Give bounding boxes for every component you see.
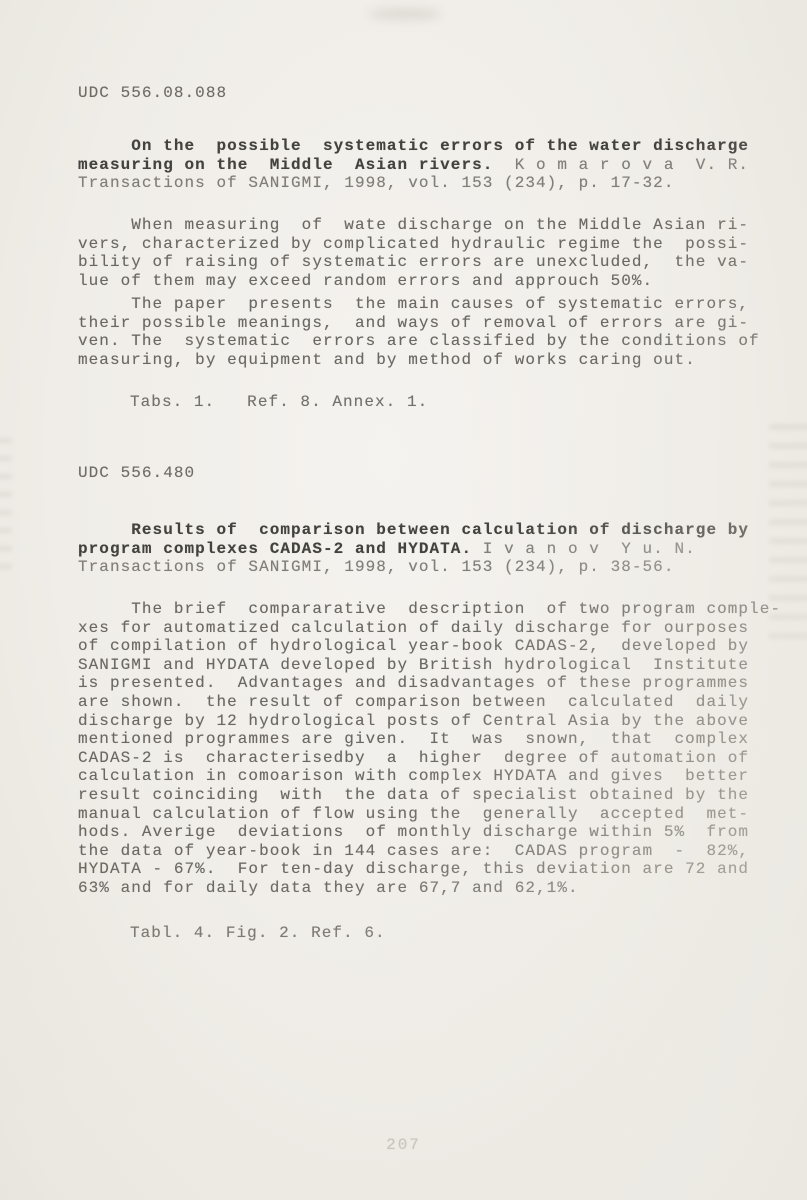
abstract-1-paragraph-1: When measuring of wate discharge on the … — [78, 216, 782, 290]
text-line: Results of comparison between calculatio… — [78, 521, 782, 540]
abstract-2-refs: Tabl. 4. Fig. 2. Ref. 6. — [130, 924, 807, 943]
text-line: manual calculation of flow using the gen… — [78, 805, 782, 824]
bold-text: measuring on the Middle Asian rivers. — [78, 156, 493, 174]
page-number: 207 — [0, 1136, 807, 1154]
text-line: bility of raising of systematic errors a… — [78, 253, 782, 272]
bold-text: program complexes CADAS-2 and HYDATA. — [78, 540, 472, 558]
text-line: vers, characterized by complicated hydra… — [78, 235, 782, 254]
text-line: calculation in comoarison with complex H… — [78, 767, 782, 786]
scanned-page: UDC 556.08.088 On the possible systemati… — [0, 0, 807, 1200]
text-line: ven. The systematic errors are classifie… — [78, 332, 782, 351]
scan-smudge — [368, 8, 442, 20]
bold-text: On the possible systematic errors of the… — [78, 137, 749, 155]
abstract-2-heading: Results of comparison between calculatio… — [78, 521, 782, 577]
text-line: xes for automatized calculation of daily… — [78, 619, 782, 638]
udc-code-2: UDC 556.480 — [78, 464, 782, 483]
regular-text: K o m a r o v a V. R. — [493, 156, 749, 174]
text-line: HYDATA - 67%. For ten-day discharge, thi… — [78, 860, 782, 879]
bold-text: Results of comparison between calculatio… — [78, 521, 749, 539]
text-line: hods. Averige deviations of monthly disc… — [78, 823, 782, 842]
text-line: mentioned programmes are given. It was s… — [78, 730, 782, 749]
text-line: is presented. Advantages and disadvantag… — [78, 674, 782, 693]
text-line: measuring on the Middle Asian rivers. K … — [78, 156, 782, 175]
text-line: program complexes CADAS-2 and HYDATA. I … — [78, 540, 782, 559]
abstract-1-paragraph-2: The paper presents the main causes of sy… — [78, 295, 782, 369]
abstract-1-heading: On the possible systematic errors of the… — [78, 137, 782, 193]
text-line: lue of them may exceed random errors and… — [78, 272, 782, 291]
text-line: measuring, by equipment and by method of… — [78, 351, 782, 370]
regular-text: I v a n o v Y u. N. — [472, 540, 696, 558]
regular-text: Transactions of SANIGMI, 1998, vol. 153 … — [78, 174, 675, 192]
text-line: discharge by 12 hydrological posts of Ce… — [78, 712, 782, 731]
text-line: Transactions of SANIGMI, 1998, vol. 153 … — [78, 558, 782, 577]
udc-code-1: UDC 556.08.088 — [78, 84, 782, 103]
text-line: SANIGMI and HYDATA developed by British … — [78, 656, 782, 675]
text-line: the data of year-book in 144 cases are: … — [78, 842, 782, 861]
text-line: of compilation of hydrological year-book… — [78, 637, 782, 656]
text-line: are shown. the result of comparison betw… — [78, 693, 782, 712]
abstract-1-refs: Tabs. 1. Ref. 8. Annex. 1. — [130, 393, 807, 412]
text-line: On the possible systematic errors of the… — [78, 137, 782, 156]
text-line: When measuring of wate discharge on the … — [78, 216, 782, 235]
abstract-2-paragraph-1: The brief compararative description of t… — [78, 600, 782, 898]
scan-bleedthrough-left — [0, 438, 12, 578]
text-line: The brief compararative description of t… — [78, 600, 782, 619]
text-line: CADAS-2 is characterisedby a higher degr… — [78, 749, 782, 768]
text-line: 63% and for daily data they are 67,7 and… — [78, 879, 782, 898]
regular-text: Transactions of SANIGMI, 1998, vol. 153 … — [78, 558, 675, 576]
text-line: The paper presents the main causes of sy… — [78, 295, 782, 314]
text-line: their possible meanings, and ways of rem… — [78, 314, 782, 333]
text-line: result coinciding with the data of speci… — [78, 786, 782, 805]
text-line: Transactions of SANIGMI, 1998, vol. 153 … — [78, 174, 782, 193]
